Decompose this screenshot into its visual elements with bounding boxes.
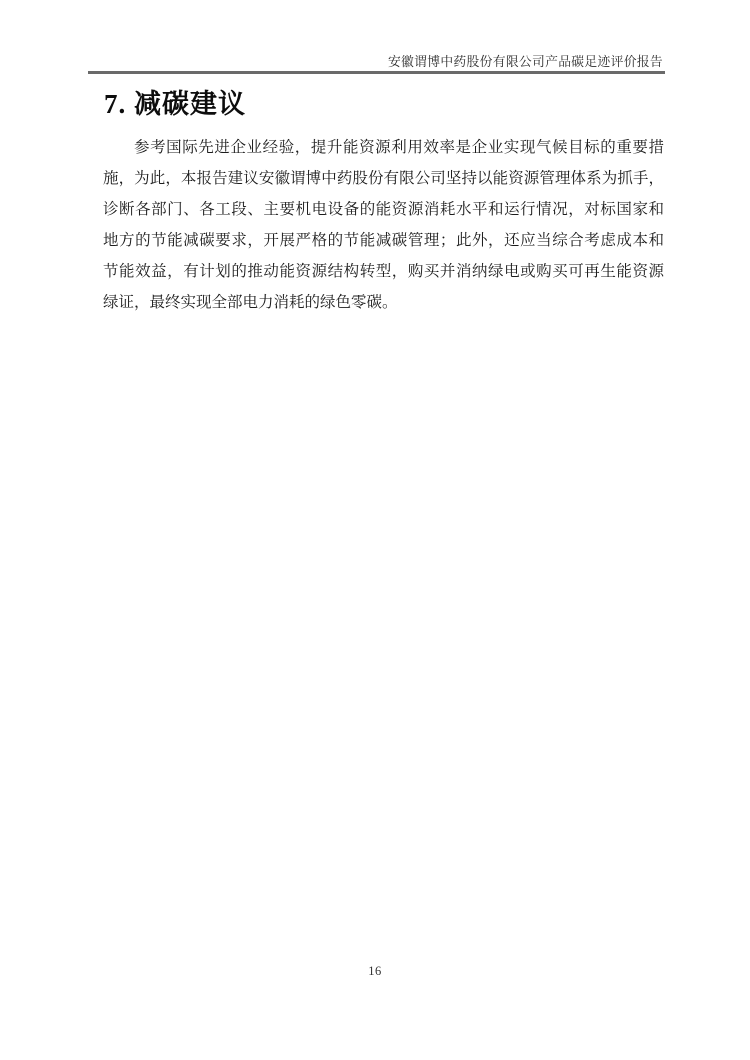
- paragraph-line: 诊断各部门、各工段、主要机电设备的能资源消耗水平和运行情况，对标国家和: [103, 195, 664, 226]
- paragraph-line: 参考国际先进企业经验，提升能资源利用效率是企业实现气候目标的重要措: [103, 133, 664, 164]
- paragraph-line: 地方的节能减碳要求，开展严格的节能减碳管理；此外，还应当综合考虑成本和: [103, 226, 664, 257]
- paragraph-line: 绿证，最终实现全部电力消耗的绿色零碳。: [103, 288, 664, 319]
- page-number: 16: [0, 964, 750, 979]
- body-paragraph: 参考国际先进企业经验，提升能资源利用效率是企业实现气候目标的重要措施，为此，本报…: [103, 133, 664, 318]
- header-rule: [88, 71, 665, 74]
- paragraph-line: 节能效益，有计划的推动能资源结构转型，购买并消纳绿电或购买可再生能资源: [103, 257, 664, 288]
- section-heading: 7. 减碳建议: [104, 86, 246, 122]
- paragraph-line: 施，为此，本报告建议安徽谓博中药股份有限公司坚持以能资源管理体系为抓手，: [103, 164, 664, 195]
- header-title: 安徽谓博中药股份有限公司产品碳足迹评价报告: [388, 54, 663, 70]
- document-page: 安徽谓博中药股份有限公司产品碳足迹评价报告 7. 减碳建议 参考国际先进企业经验…: [0, 0, 750, 1060]
